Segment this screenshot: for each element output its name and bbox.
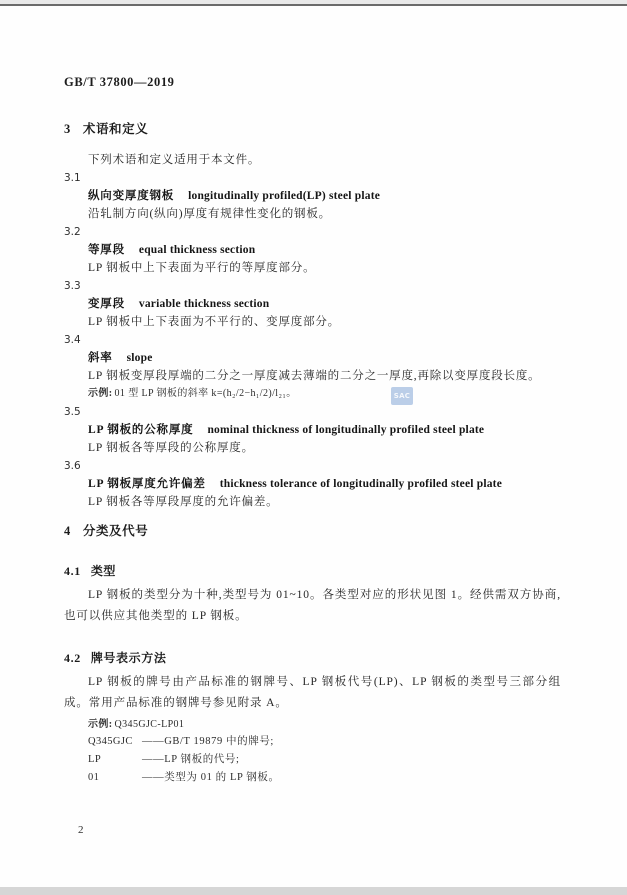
term-3-2-en: equal thickness section bbox=[139, 244, 255, 256]
clause-3-intro: 下列术语和定义适用于本文件。 bbox=[88, 151, 627, 169]
term-3-2-title: 等厚段equal thickness section bbox=[88, 241, 627, 259]
clause-4-2-paragraph: LP 钢板的牌号由产品标准的钢牌号、LP 钢板代号(LP)、LP 钢板的类型号三… bbox=[64, 672, 561, 714]
legend-code: Q345GJC bbox=[88, 733, 142, 751]
term-3-2-definition: LP 钢板中上下表面为平行的等厚度部分。 bbox=[88, 259, 627, 277]
term-3-6-number: 3.6 bbox=[64, 457, 627, 475]
clause-3-number: 3 bbox=[64, 122, 71, 136]
legend-row-01: 01——类型为 01 的 LP 钢板。 bbox=[88, 769, 627, 787]
term-3-4-example: 示例:01 型 LP 钢板的斜率 k=(h₂/2−h₁/2)/l₂₁。 bbox=[88, 385, 627, 403]
term-3-1-cn: 纵向变厚度钢板 bbox=[88, 190, 174, 202]
legend-row-q345gjc: Q345GJC——GB/T 19879 中的牌号; bbox=[88, 733, 627, 751]
document-page: GB/T 37800—2019 3术语和定义 下列术语和定义适用于本文件。 3.… bbox=[0, 6, 627, 887]
legend-description: ——GB/T 19879 中的牌号; bbox=[142, 733, 274, 751]
term-3-4-definition: LP 钢板变厚段厚端的二分之一厚度减去薄端的二分之一厚度,再除以变厚度段长度。 bbox=[88, 367, 627, 385]
clause-4-2-example: 示例:Q345GJC-LP01 bbox=[88, 716, 627, 733]
clause-4-2-title: 牌号表示方法 bbox=[91, 651, 167, 665]
term-3-5-cn: LP 钢板的公称厚度 bbox=[88, 424, 193, 436]
scan-page-edge-line bbox=[0, 4, 627, 6]
term-3-5-en: nominal thickness of longitudinally prof… bbox=[207, 424, 484, 436]
clause-4-heading: 4分类及代号 bbox=[64, 522, 627, 540]
term-3-1-title: 纵向变厚度钢板longitudinally profiled(LP) steel… bbox=[88, 187, 627, 205]
clause-4-2-number: 4.2 bbox=[64, 651, 81, 665]
term-3-5-definition: LP 钢板各等厚段的公称厚度。 bbox=[88, 439, 627, 457]
term-3-2-number: 3.2 bbox=[64, 223, 627, 241]
legend-code: 01 bbox=[88, 769, 142, 787]
sac-watermark: SAC bbox=[391, 387, 413, 405]
term-3-4-title: 斜率slope bbox=[88, 349, 627, 367]
term-3-3-cn: 变厚段 bbox=[88, 298, 125, 310]
legend-description: ——类型为 01 的 LP 钢板。 bbox=[142, 769, 280, 787]
clause-4-2-example-value: Q345GJC-LP01 bbox=[115, 719, 185, 730]
scan-edge-bottom bbox=[0, 887, 627, 895]
term-3-6-cn: LP 钢板厚度允许偏差 bbox=[88, 478, 206, 490]
term-3-6-title: LP 钢板厚度允许偏差thickness tolerance of longit… bbox=[88, 475, 627, 493]
legend-code: LP bbox=[88, 751, 142, 769]
term-3-1-en: longitudinally profiled(LP) steel plate bbox=[188, 190, 380, 202]
term-3-6-definition: LP 钢板各等厚段厚度的允许偏差。 bbox=[88, 493, 627, 511]
term-3-3-number: 3.3 bbox=[64, 277, 627, 295]
clause-4-1-heading: 4.1类型 bbox=[64, 562, 627, 580]
clause-4-2-heading: 4.2牌号表示方法 bbox=[64, 649, 627, 667]
term-3-5-title: LP 钢板的公称厚度nominal thickness of longitudi… bbox=[88, 421, 627, 439]
clause-3-heading: 3术语和定义 bbox=[64, 120, 627, 138]
term-3-4-example-formula: 01 型 LP 钢板的斜率 k=(h₂/2−h₁/2)/l₂₁。 bbox=[115, 388, 297, 399]
term-3-4-en: slope bbox=[127, 352, 153, 364]
term-3-1-number: 3.1 bbox=[64, 169, 627, 187]
term-3-5-number: 3.5 bbox=[64, 403, 627, 421]
term-3-3-definition: LP 钢板中上下表面为不平行的、变厚度部分。 bbox=[88, 313, 627, 331]
term-3-6-en: thickness tolerance of longitudinally pr… bbox=[220, 478, 502, 490]
clause-4-1-title: 类型 bbox=[91, 564, 116, 578]
clause-4-1-paragraph: LP 钢板的类型分为十种,类型号为 01~10。各类型对应的形状见图 1。经供需… bbox=[64, 585, 561, 627]
legend-description: ——LP 钢板的代号; bbox=[142, 751, 240, 769]
term-3-3-title: 变厚段variable thickness section bbox=[88, 295, 627, 313]
legend-row-lp: LP——LP 钢板的代号; bbox=[88, 751, 627, 769]
standard-code-header: GB/T 37800—2019 bbox=[64, 74, 627, 90]
page-number: 2 bbox=[78, 824, 84, 836]
scanned-standard-page: { "page": { "standard_code": "GB/T 37800… bbox=[0, 0, 627, 895]
clause-4-1-number: 4.1 bbox=[64, 564, 81, 578]
term-3-4-cn: 斜率 bbox=[88, 352, 113, 364]
clause-4-number: 4 bbox=[64, 524, 71, 538]
term-3-1-definition: 沿轧制方向(纵向)厚度有规律性变化的钢板。 bbox=[88, 205, 627, 223]
clause-3-title: 术语和定义 bbox=[83, 122, 149, 136]
clause-4-2-example-label: 示例: bbox=[88, 719, 113, 730]
term-3-4-number: 3.4 bbox=[64, 331, 627, 349]
term-3-3-en: variable thickness section bbox=[139, 298, 269, 310]
term-3-2-cn: 等厚段 bbox=[88, 244, 125, 256]
designation-legend: Q345GJC——GB/T 19879 中的牌号; LP——LP 钢板的代号; … bbox=[88, 733, 627, 787]
clause-4-title: 分类及代号 bbox=[83, 524, 149, 538]
term-3-4-example-label: 示例: bbox=[88, 388, 113, 399]
